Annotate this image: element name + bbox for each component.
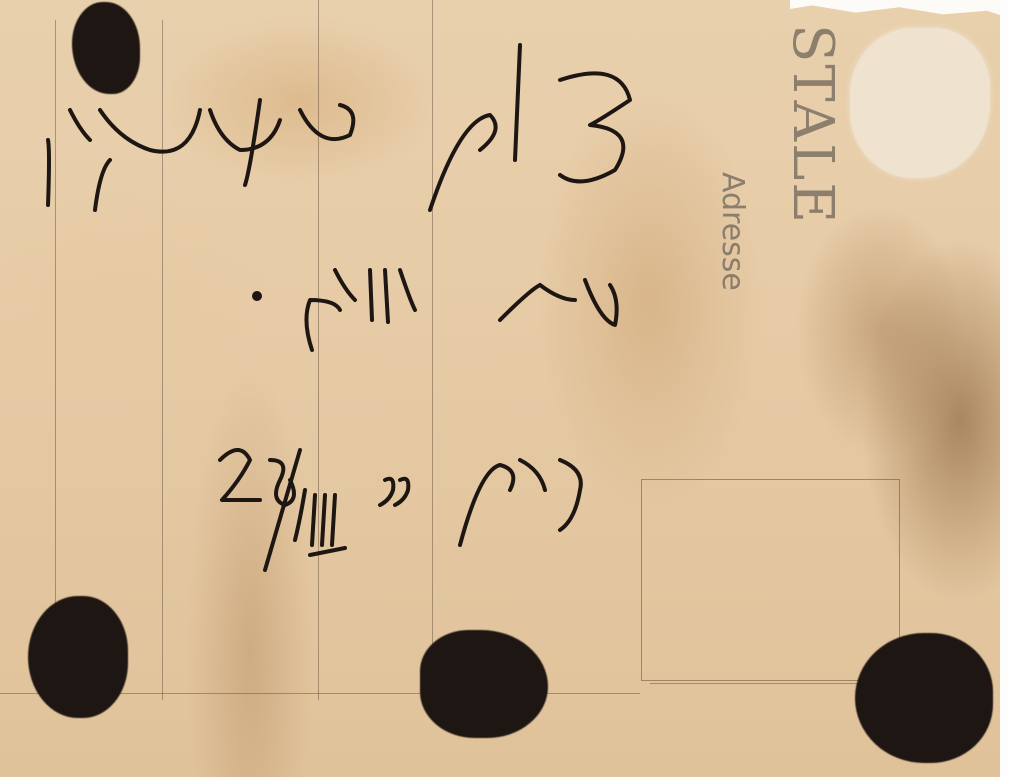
postcard-back: STALE Adresse צום אנגעמען פאר אייך. פורע…	[0, 0, 1003, 777]
handwriting-strokes	[0, 0, 1009, 777]
background-edge	[1000, 0, 1009, 777]
